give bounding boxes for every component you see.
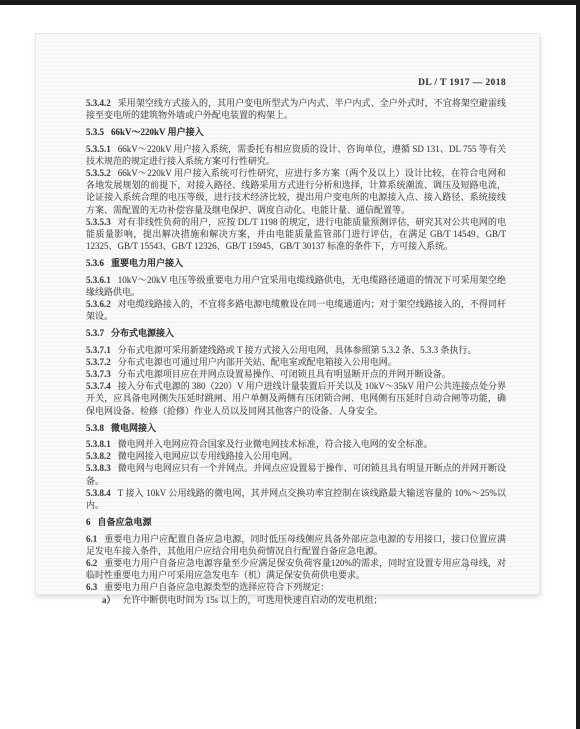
clause-text: 66kV～220kV 用户接入系统可行性研究，应进行多方案（两个及以上）设计比较… xyxy=(86,168,506,215)
clause-5-3-5-2: 5.3.5.266kV～220kV 用户接入系统可行性研究，应进行多方案（两个及… xyxy=(86,167,506,216)
section-number: 5.3.5 xyxy=(86,127,104,137)
clause-number: 5.3.5.1 xyxy=(86,144,111,154)
clause-5-3-4-2: 5.3.4.2采用架空线方式接入的，其用户变电所型式为户内式、半户内式、全户外式… xyxy=(86,97,506,121)
clause-number: 6.2 xyxy=(86,558,97,568)
list-text: 允许中断供电时间为 15s 以上的，可选用快速自启动的发电机组； xyxy=(123,595,383,605)
clause-5-3-7-1: 5.3.7.1分布式电源可采用新建线路或 T 接方式接入公用电网，具体参照第 5… xyxy=(86,344,506,356)
clause-text: 重要电力用户自备应急电源容量至少应满足保安负荷容量120%的需求，同时宜设置专用… xyxy=(86,558,506,580)
clause-number: 5.3.8.3 xyxy=(86,463,111,473)
clause-number: 5.3.7.3 xyxy=(86,369,111,379)
clause-6-1: 6.1重要电力用户应配置自备应急电源，同时低压母线侧应具备外部应急电源的专用接口… xyxy=(86,533,506,557)
section-heading-5-3-8: 5.3.8微电网接入 xyxy=(86,422,506,434)
section-heading-6: 6自备应急电源 xyxy=(86,516,506,528)
section-heading-5-3-5: 5.3.566kV～220kV 用户接入 xyxy=(86,126,506,138)
standard-number-header: DL / T 1917 — 2018 xyxy=(36,78,506,88)
section-title: 微电网接入 xyxy=(111,423,156,433)
section-title: 分布式电源接入 xyxy=(111,328,174,338)
list-marker: a） xyxy=(102,595,116,605)
clause-number: 5.3.6.2 xyxy=(86,299,111,309)
clause-number: 5.3.5.3 xyxy=(86,217,111,227)
clause-number: 5.3.8.4 xyxy=(86,488,111,498)
clause-number: 6.3 xyxy=(86,582,97,592)
clause-5-3-8-1: 5.3.8.1微电网并入电网应符合国家及行业微电网技术标准，符合接入电网的安全标… xyxy=(86,438,506,450)
page-number: 7 xyxy=(465,562,469,572)
clause-6-3: 6.3重要电力用户自备应急电源类型的选择应符合下列规定： xyxy=(86,581,506,593)
clause-text: 66kV～220kV 用户接入系统，需委托有相应资质的设计、咨询单位，遵循 SD… xyxy=(86,144,506,166)
section-title: 66kV～220kV 用户接入 xyxy=(111,127,204,137)
clause-5-3-7-4: 5.3.7.4接入分布式电源的 380（220）V 用户进线计量装置后开关以及 … xyxy=(86,380,506,417)
section-title: 自备应急电源 xyxy=(98,517,152,527)
clause-number: 5.3.5.2 xyxy=(86,168,111,178)
scan-edge-top xyxy=(0,0,580,5)
scan-edge-right xyxy=(576,0,580,729)
clause-text: 分布式电源可采用新建线路或 T 接方式接入公用电网，具体参照第 5.3.2 条、… xyxy=(118,345,477,355)
clause-number: 5.3.8.1 xyxy=(86,439,111,449)
clause-text: 重要电力用户自备应急电源类型的选择应符合下列规定： xyxy=(104,582,329,592)
clause-5-3-6-2: 5.3.6.2对电缆线路接入的，不宜将多路电源电缆敷设在同一电缆通道内；对于架空… xyxy=(86,298,506,322)
clause-6-2: 6.2重要电力用户自备应急电源容量至少应满足保安负荷容量120%的需求，同时宜设… xyxy=(86,557,506,581)
clause-text: 微电网接入电网应以专用线路接入公用电网。 xyxy=(118,451,298,461)
clause-number: 5.3.7.2 xyxy=(86,357,111,367)
document-body: 5.3.4.2采用架空线方式接入的，其用户变电所型式为户内式、半户内式、全户外式… xyxy=(86,97,506,606)
list-item-a: a）允许中断供电时间为 15s 以上的，可选用快速自启动的发电机组； xyxy=(102,594,506,606)
clause-5-3-8-3: 5.3.8.3微电网与电网应只有一个并网点。并网点应设置易于操作、可闭锁且具有明… xyxy=(86,462,506,486)
clause-5-3-6-1: 5.3.6.110kV～20kV 电压等级重要电力用户宜采用电缆线路供电，无电缆… xyxy=(86,274,506,298)
clause-text: 对电缆线路接入的，不宜将多路电源电缆敷设在同一电缆通道内；对于架空线路接入的，不… xyxy=(86,299,506,321)
section-number: 5.3.6 xyxy=(86,258,104,268)
section-number: 5.3.7 xyxy=(86,328,104,338)
clause-number: 6.1 xyxy=(86,534,97,544)
clause-5-3-7-2: 5.3.7.2分布式电源也可通过用户内部开关站、配电室或配电箱接入公用电网。 xyxy=(86,356,506,368)
clause-number: 5.3.8.2 xyxy=(86,451,111,461)
section-title: 重要电力用户接入 xyxy=(111,258,183,268)
clause-text: 微电网并入电网应符合国家及行业微电网技术标准，符合接入电网的安全标准。 xyxy=(118,439,433,449)
clause-number: 5.3.4.2 xyxy=(86,98,111,108)
clause-text: 分布式电源也可通过用户内部开关站、配电室或配电箱接入公用电网。 xyxy=(118,357,397,367)
clause-5-3-5-1: 5.3.5.166kV～220kV 用户接入系统，需委托有相应资质的设计、咨询单… xyxy=(86,143,506,167)
clause-text: 对有非线性负荷的用户，应按 DL/T 1198 的规定，进行电能质量预测评估，研… xyxy=(86,217,506,251)
section-number: 6 xyxy=(86,517,91,527)
clause-text: 采用架空线方式接入的，其用户变电所型式为户内式、半户内式、全户外式时，不宜将架空… xyxy=(86,98,506,120)
clause-number: 5.3.7.4 xyxy=(86,381,111,391)
clause-number: 5.3.6.1 xyxy=(86,275,111,285)
clause-5-3-5-3: 5.3.5.3对有非线性负荷的用户，应按 DL/T 1198 的规定，进行电能质… xyxy=(86,216,506,253)
clause-5-3-8-2: 5.3.8.2微电网接入电网应以专用线路接入公用电网。 xyxy=(86,450,506,462)
section-heading-5-3-6: 5.3.6重要电力用户接入 xyxy=(86,257,506,269)
clause-5-3-8-4: 5.3.8.4T 接入 10kV 公用线路的微电网，其并网点交换功率宜控制在该线… xyxy=(86,487,506,511)
clause-text: 10kV～20kV 电压等级重要电力用户宜采用电缆线路供电，无电缆路径通道的情况… xyxy=(86,275,506,297)
section-number: 5.3.8 xyxy=(86,423,104,433)
document-page: DL / T 1917 — 2018 5.3.4.2采用架空线方式接入的，其用户… xyxy=(35,33,540,595)
clause-text: 分布式电源项目应在并网点设置易操作、可闭锁且具有明显断开点的并网开断设备。 xyxy=(118,369,451,379)
clause-number: 5.3.7.1 xyxy=(86,345,111,355)
clause-text: 重要电力用户应配置自备应急电源，同时低压母线侧应具备外部应急电源的专用接口，接口… xyxy=(86,534,506,556)
clause-text: T 接入 10kV 公用线路的微电网，其并网点交换功率宜控制在该线路最大输送容量… xyxy=(86,488,506,510)
section-heading-5-3-7: 5.3.7分布式电源接入 xyxy=(86,327,506,339)
clause-text: 微电网与电网应只有一个并网点。并网点应设置易于操作、可闭锁且具有明显开断点的并网… xyxy=(86,463,506,485)
clause-5-3-7-3: 5.3.7.3分布式电源项目应在并网点设置易操作、可闭锁且具有明显断开点的并网开… xyxy=(86,368,506,380)
clause-text: 接入分布式电源的 380（220）V 用户进线计量装置后开关以及 10kV～35… xyxy=(86,381,506,415)
